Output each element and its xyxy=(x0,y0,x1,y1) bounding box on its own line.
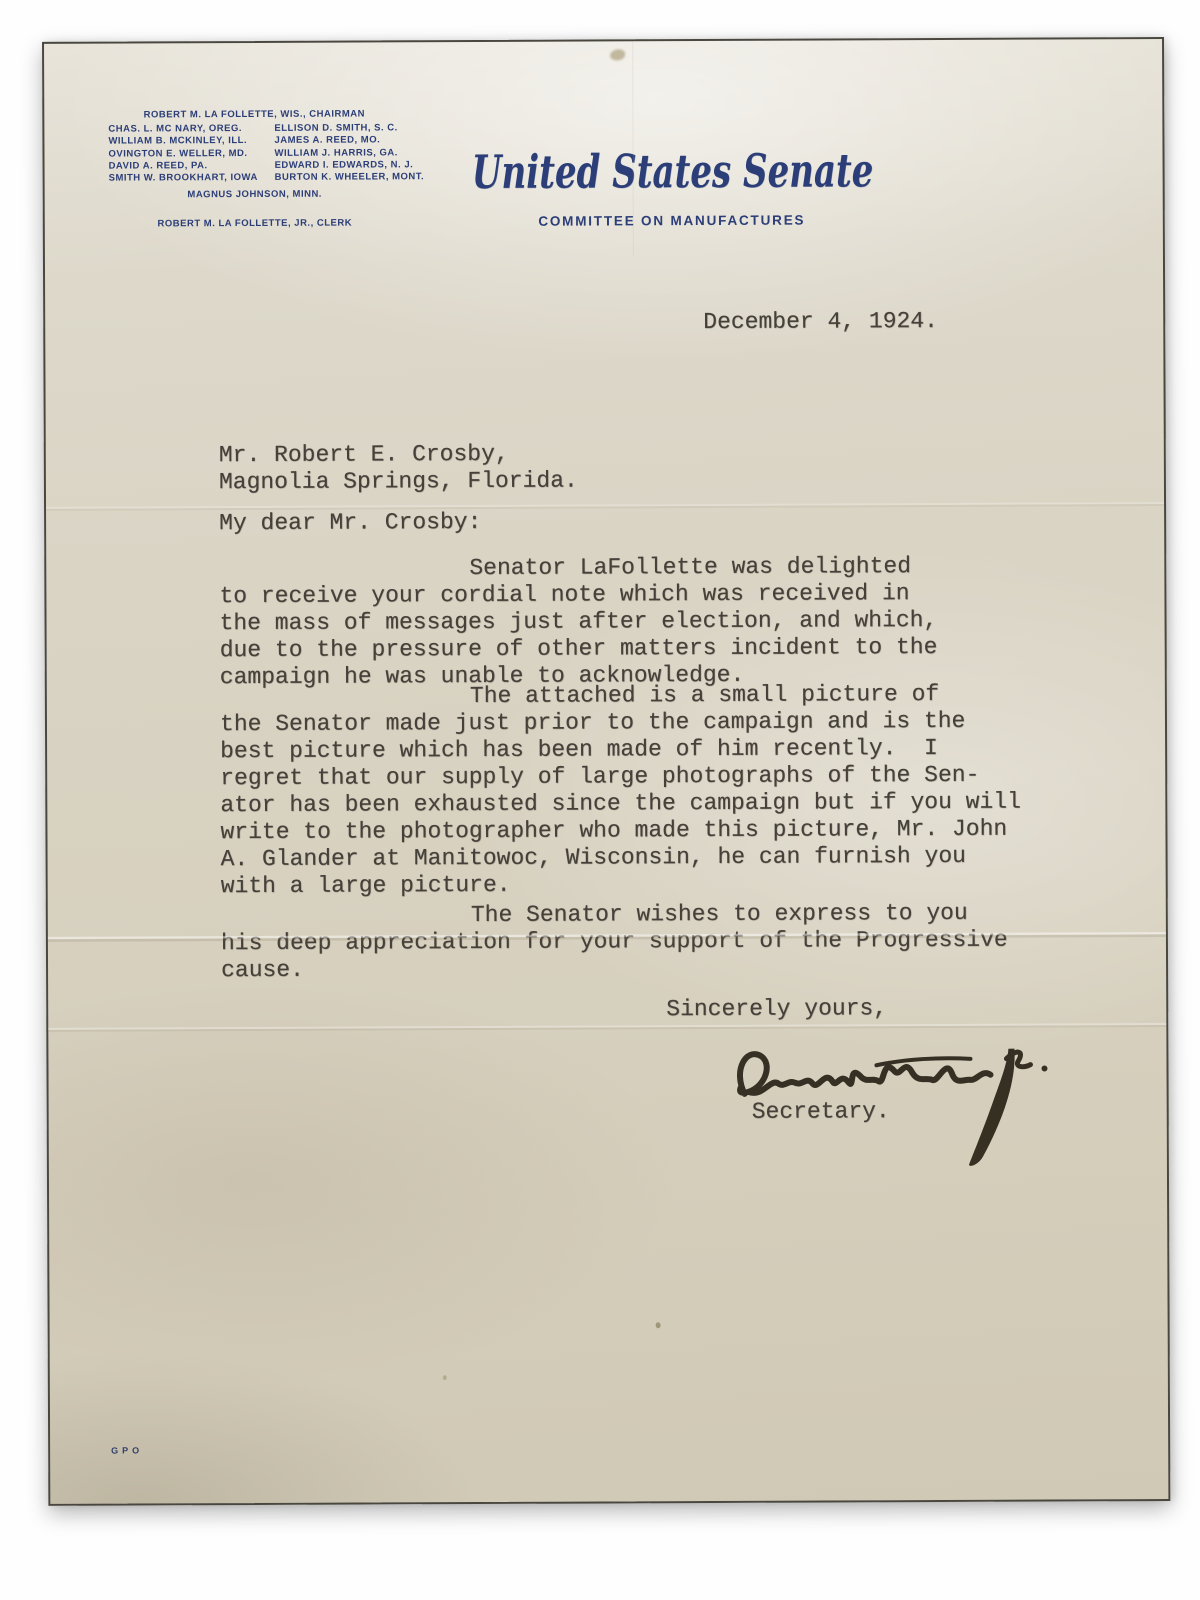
letterhead-title: United States Senate xyxy=(472,143,874,199)
paragraph-3: The Senator wishes to express to you his… xyxy=(221,900,1008,984)
paragraph-1: Senator LaFollette was delighted to rece… xyxy=(219,553,937,691)
letterhead-members-left-column: CHAS. L. MC NARY, OREG. WILLIAM B. MCKIN… xyxy=(108,123,257,185)
letter-date: December 4, 1924. xyxy=(703,308,938,336)
signature-title: Secretary. xyxy=(752,1098,890,1126)
recipient-address: Mr. Robert E. Crosby, Magnolia Springs, … xyxy=(219,441,578,497)
fold-crease-upper xyxy=(46,502,1164,511)
letterhead-member-bottom: MAGNUS JOHNSON, MINN. xyxy=(109,188,401,202)
letterhead-subtitle: COMMITTEE ON MANUFACTURES xyxy=(538,213,805,229)
closing-line: Sincerely yours, xyxy=(666,995,887,1023)
paper-speck xyxy=(656,1322,661,1328)
paper-stain xyxy=(610,49,625,60)
fold-crease-lower xyxy=(48,1023,1166,1032)
letter-paper: ROBERT M. LA FOLLETTE, WIS., CHAIRMAN CH… xyxy=(42,37,1170,1506)
letterhead-committee-roster: ROBERT M. LA FOLLETTE, WIS., CHAIRMAN CH… xyxy=(108,108,401,239)
salutation: My dear Mr. Crosby: xyxy=(219,509,481,537)
letterhead-members-right-column: ELLISON D. SMITH, S. C. JAMES A. REED, M… xyxy=(274,122,424,184)
paragraph-2: The attached is a small picture of the S… xyxy=(220,681,1021,900)
letterhead-chairman: ROBERT M. LA FOLLETTE, WIS., CHAIRMAN xyxy=(108,108,400,122)
paper-speck xyxy=(443,1375,447,1380)
letterhead-clerk: ROBERT M. LA FOLLETTE, JR., CLERK xyxy=(109,217,401,231)
gpo-mark: GPO xyxy=(111,1445,143,1455)
